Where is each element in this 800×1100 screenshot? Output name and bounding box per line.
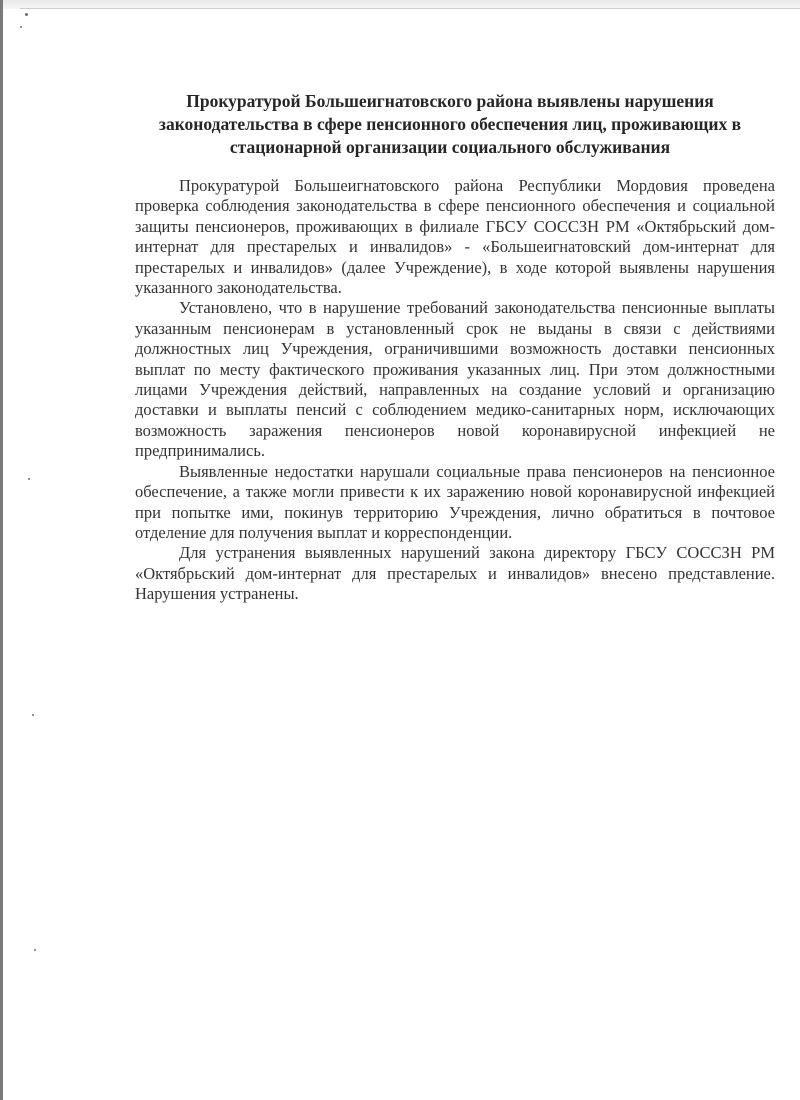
- scan-artifact-dot: [25, 13, 28, 16]
- paragraph-resolution: Для устранения выявленных нарушений зако…: [135, 543, 775, 604]
- paragraph-inspection: Прокуратурой Большеигнатовского района Р…: [135, 176, 775, 298]
- scan-artifact-dot: [28, 478, 30, 480]
- document-body: Прокуратурой Большеигнатовского района Р…: [135, 176, 775, 605]
- scan-artifact-dot: [32, 714, 34, 716]
- paragraph-consequences: Выявленные недостатки нарушали социальны…: [135, 462, 775, 544]
- document-title: Прокуратурой Большеигнатовского района в…: [140, 90, 760, 159]
- scan-artifact-dot: [34, 949, 36, 951]
- paragraph-findings: Установлено, что в нарушение требований …: [135, 298, 775, 461]
- scan-left-edge: [0, 0, 3, 1100]
- scan-top-line: [20, 8, 800, 9]
- scan-artifact-dot: [20, 26, 22, 28]
